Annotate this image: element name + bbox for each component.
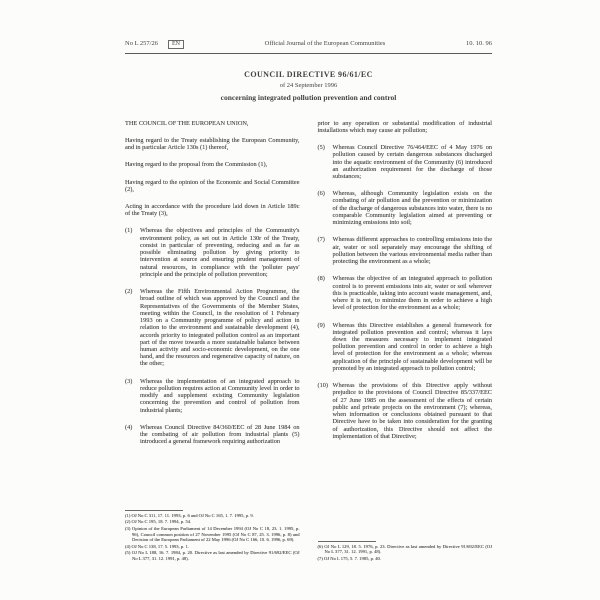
footnote: (7) OJ No L 175, 5. 7. 1985, p. 40. xyxy=(318,556,493,562)
recital: (7) Whereas different approaches to cont… xyxy=(318,236,493,265)
recital: (2) Whereas the Fifth Environmental Acti… xyxy=(125,288,300,368)
preamble-paragraph: Having regard to the proposal from the C… xyxy=(125,161,300,168)
recital-text: Whereas the implementation of an integra… xyxy=(140,378,300,414)
preamble-paragraph: Having regard to the opinion of the Econ… xyxy=(125,179,300,193)
two-column-body: THE COUNCIL OF THE EUROPEAN UNION, Havin… xyxy=(125,120,492,566)
preamble-paragraph: Having regard to the Treaty establishing… xyxy=(125,137,300,151)
left-column: THE COUNCIL OF THE EUROPEAN UNION, Havin… xyxy=(125,120,300,566)
recital: (10) Whereas the provisions of this Dire… xyxy=(318,382,493,440)
recital: (8) Whereas the objective of an integrat… xyxy=(318,275,493,311)
recital-number: (9) xyxy=(318,322,333,373)
recital: (1) Whereas the objectives and principle… xyxy=(125,227,300,278)
footnote: (4) OJ No C 138, 17. 5. 1993, p. 1. xyxy=(125,544,300,550)
recital-number: (2) xyxy=(125,288,140,368)
recital-text: Whereas this Directive establishes a gen… xyxy=(333,322,493,373)
issue-number: No L 257/26 xyxy=(125,40,158,47)
recital: (3) Whereas the implementation of an int… xyxy=(125,378,300,414)
footnotes-right: (6) OJ No L 129, 18. 5. 1976, p. 23. Dir… xyxy=(318,541,493,566)
footnotes-left: (1) OJ No C 311, 17. 11. 1993, p. 6 and … xyxy=(125,510,300,566)
recital: (4) Whereas Council Directive 84/360/EEC… xyxy=(125,424,300,446)
footnote-rule xyxy=(125,510,183,511)
header-rule xyxy=(125,53,492,54)
recital-text: Whereas the Fifth Environmental Action P… xyxy=(140,288,300,368)
header-left: No L 257/26 EN xyxy=(125,40,184,49)
footnote-rule xyxy=(318,541,376,542)
preamble-paragraph: THE COUNCIL OF THE EUROPEAN UNION, xyxy=(125,120,300,127)
recital: (5) Whereas Council Directive 76/464/EEC… xyxy=(318,144,493,180)
language-code-box: EN xyxy=(168,40,184,49)
title-block: COUNCIL DIRECTIVE 96/61/EC of 24 Septemb… xyxy=(125,70,492,102)
recital-text: Whereas Council Directive 84/360/EEC of … xyxy=(140,424,300,446)
footnote: (2) OJ No C 195, 18. 7. 1994, p. 54. xyxy=(125,519,300,525)
directive-subject: concerning integrated pollution preventi… xyxy=(125,93,492,102)
footnote: (3) Opinion of the European Parliament o… xyxy=(125,526,300,543)
issue-date: 10. 10. 96 xyxy=(466,40,492,47)
right-column: prior to any operation or substantial mo… xyxy=(318,120,493,566)
recital-number: (10) xyxy=(318,382,333,440)
footnote: (1) OJ No C 311, 17. 11. 1993, p. 6 and … xyxy=(125,513,300,519)
recital: (9) Whereas this Directive establishes a… xyxy=(318,322,493,373)
recital-number: (5) xyxy=(318,144,333,180)
recital-text: Whereas the objective of an integrated a… xyxy=(333,275,493,311)
footnote: (6) OJ No L 129, 18. 5. 1976, p. 23. Dir… xyxy=(318,544,493,555)
footnote: (5) OJ No L 188, 16. 7. 1984, p. 20. Dir… xyxy=(125,550,300,561)
directive-date: of 24 September 1996 xyxy=(125,82,492,89)
recital-number: (7) xyxy=(318,236,333,265)
recital-number: (8) xyxy=(318,275,333,311)
recital: (6) Whereas, although Community legislat… xyxy=(318,190,493,226)
recital-continuation: prior to any operation or substantial mo… xyxy=(318,120,493,134)
recital-number: (4) xyxy=(125,424,140,446)
recital-text: Whereas Council Directive 76/464/EEC of … xyxy=(333,144,493,180)
document-page: No L 257/26 EN Official Journal of the E… xyxy=(0,0,600,600)
preamble-paragraph: Acting in accordance with the procedure … xyxy=(125,203,300,217)
recital-number: (1) xyxy=(125,227,140,278)
recital-number: (6) xyxy=(318,190,333,226)
recital-text: Whereas the provisions of this Directive… xyxy=(333,382,493,440)
directive-title: COUNCIL DIRECTIVE 96/61/EC xyxy=(125,70,492,79)
page-header: No L 257/26 EN Official Journal of the E… xyxy=(125,40,492,49)
recital-text: Whereas different approaches to controll… xyxy=(333,236,493,265)
recital-text: Whereas, although Community legislation … xyxy=(333,190,493,226)
recital-text: Whereas the objectives and principles of… xyxy=(140,227,300,278)
journal-title: Official Journal of the European Communi… xyxy=(184,40,466,47)
recital-number: (3) xyxy=(125,378,140,414)
